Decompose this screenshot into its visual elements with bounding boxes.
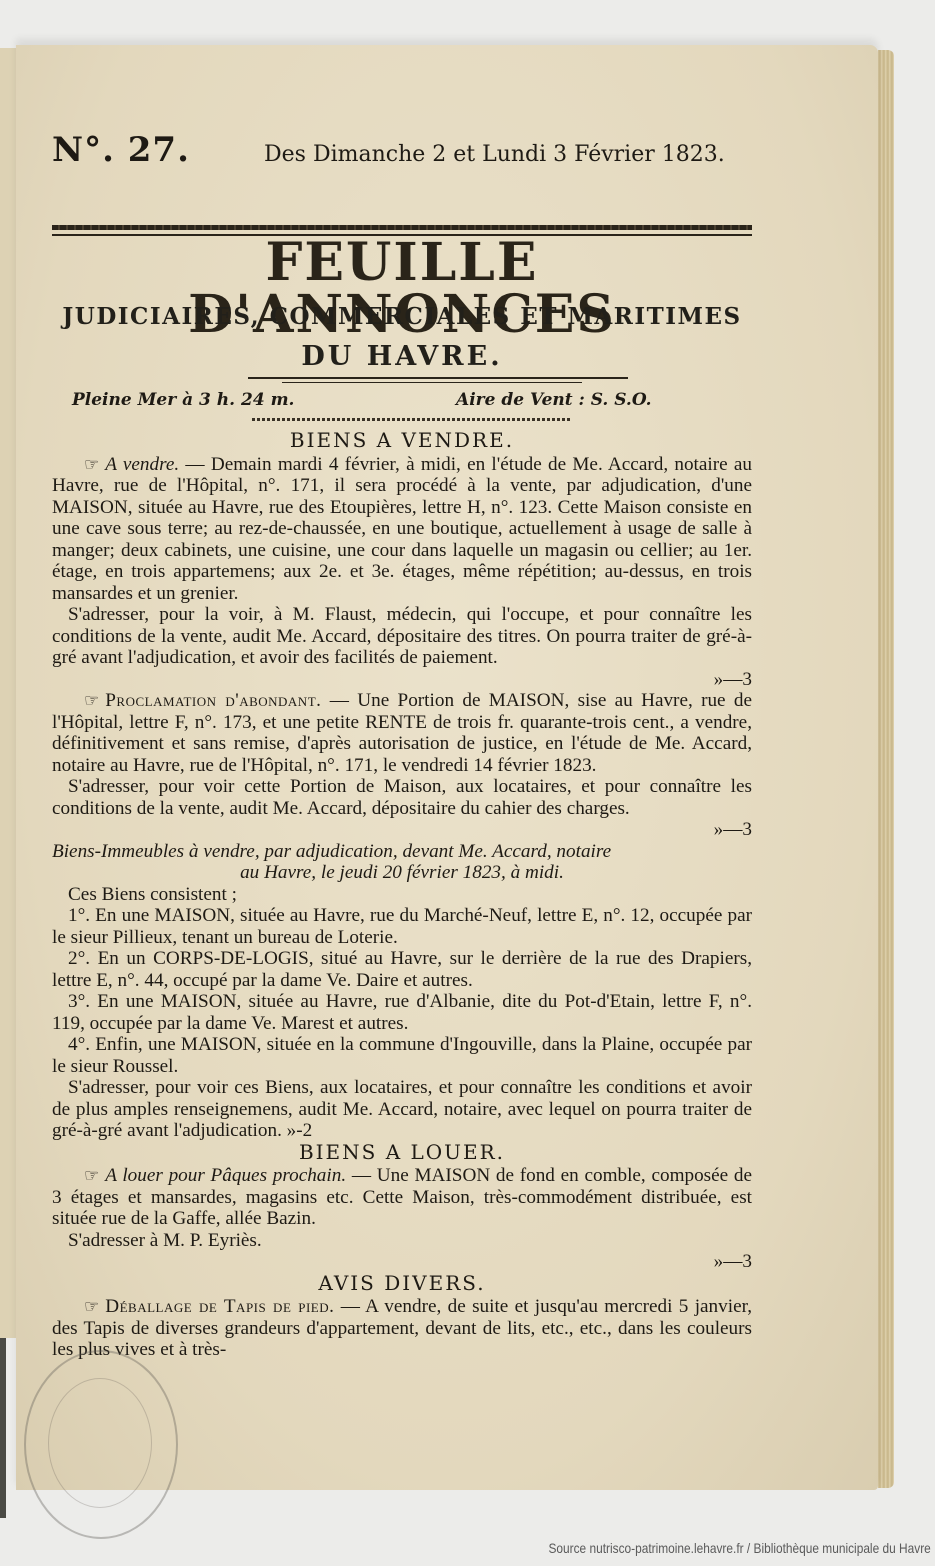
section-heading-biens-a-louer: BIENS A LOUER. (52, 1142, 752, 1164)
library-stamp (24, 1350, 178, 1539)
title-rule (248, 377, 628, 379)
source-credit: Source nutrisco-patrimoine.lehavre.fr / … (549, 1540, 931, 1556)
notice-intro: Biens-Immeubles à vendre, par adjudicati… (52, 841, 752, 863)
high-tide: Pleine Mer à 3 h. 24 m. (72, 390, 294, 410)
issue-number: N°. 27. (52, 130, 190, 170)
section-heading-biens-a-vendre: BIENS A VENDRE. (52, 430, 752, 452)
notice-lead: Déballage de Tapis de pied. (105, 1296, 334, 1317)
notice-paragraph: ☞Proclamation d'abondant. — Une Portion … (52, 690, 752, 776)
notice-lead: A vendre. (105, 454, 179, 475)
ornamental-divider (252, 418, 572, 421)
notice-paragraph: ☞A louer pour Pâques prochain. — Une MAI… (52, 1165, 752, 1230)
notice-paragraph: S'adresser, pour voir cette Portion de M… (52, 776, 752, 819)
notice-intro-date: au Havre, le jeudi 20 février 1823, à mi… (52, 862, 752, 884)
maritime-info: Pleine Mer à 3 h. 24 m. Aire de Vent : S… (52, 390, 752, 418)
masthead-subtitle: JUDICIAIRES, COMMERCIALES ET MARITIMES (46, 303, 758, 330)
list-item: 1°. En une MAISON, située au Havre, rue … (52, 905, 752, 948)
masthead-city: DU HAVRE. (52, 341, 752, 372)
notice-paragraph: S'adresser, pour voir ces Biens, aux loc… (52, 1077, 752, 1142)
section-heading-avis-divers: AVIS DIVERS. (52, 1273, 752, 1295)
notice-paragraph: ☞A vendre. — Demain mardi 4 février, à m… (52, 454, 752, 605)
notice-reference: »—3 (52, 1251, 752, 1273)
notice-lead: Proclamation d'abondant. (105, 690, 321, 711)
notice-lead: A louer pour Pâques prochain. (105, 1165, 346, 1186)
facing-page-edge (0, 48, 17, 1338)
header-rule (52, 225, 752, 230)
library-stamp-inner (48, 1378, 152, 1508)
title-rule-secondary (282, 382, 582, 383)
notice-paragraph: S'adresser à M. P. Eyriès. (52, 1230, 752, 1252)
issue-header: N°. 27. Des Dimanche 2 et Lundi 3 Févrie… (52, 130, 752, 180)
issue-date: Des Dimanche 2 et Lundi 3 Février 1823. (264, 142, 725, 167)
list-item: 3°. En une MAISON, située au Havre, rue … (52, 991, 752, 1034)
notice-paragraph: Ces Biens consistent ; (52, 884, 752, 906)
notice-reference: »—3 (52, 819, 752, 841)
notice-paragraph: ☞Déballage de Tapis de pied. — A vendre,… (52, 1296, 752, 1361)
newspaper-page: N°. 27. Des Dimanche 2 et Lundi 3 Févrie… (16, 45, 878, 1490)
manicule-icon: ☞ (68, 1296, 99, 1318)
binding (0, 1338, 6, 1518)
wind-direction: Aire de Vent : S. S.O. (456, 390, 652, 410)
page-stack-edge (878, 50, 894, 1488)
notice-text: — Demain mardi 4 février, à midi, en l'é… (52, 454, 752, 604)
list-item: 4°. Enfin, une MAISON, située en la comm… (52, 1034, 752, 1077)
article-body: BIENS A VENDRE. ☞A vendre. — Demain mard… (52, 430, 752, 1361)
manicule-icon: ☞ (68, 454, 99, 476)
manicule-icon: ☞ (68, 690, 99, 712)
list-item: 2°. En un CORPS-DE-LOGIS, situé au Havre… (52, 948, 752, 991)
manicule-icon: ☞ (68, 1165, 99, 1187)
notice-paragraph: S'adresser, pour la voir, à M. Flaust, m… (52, 604, 752, 669)
notice-reference: »—3 (52, 669, 752, 691)
